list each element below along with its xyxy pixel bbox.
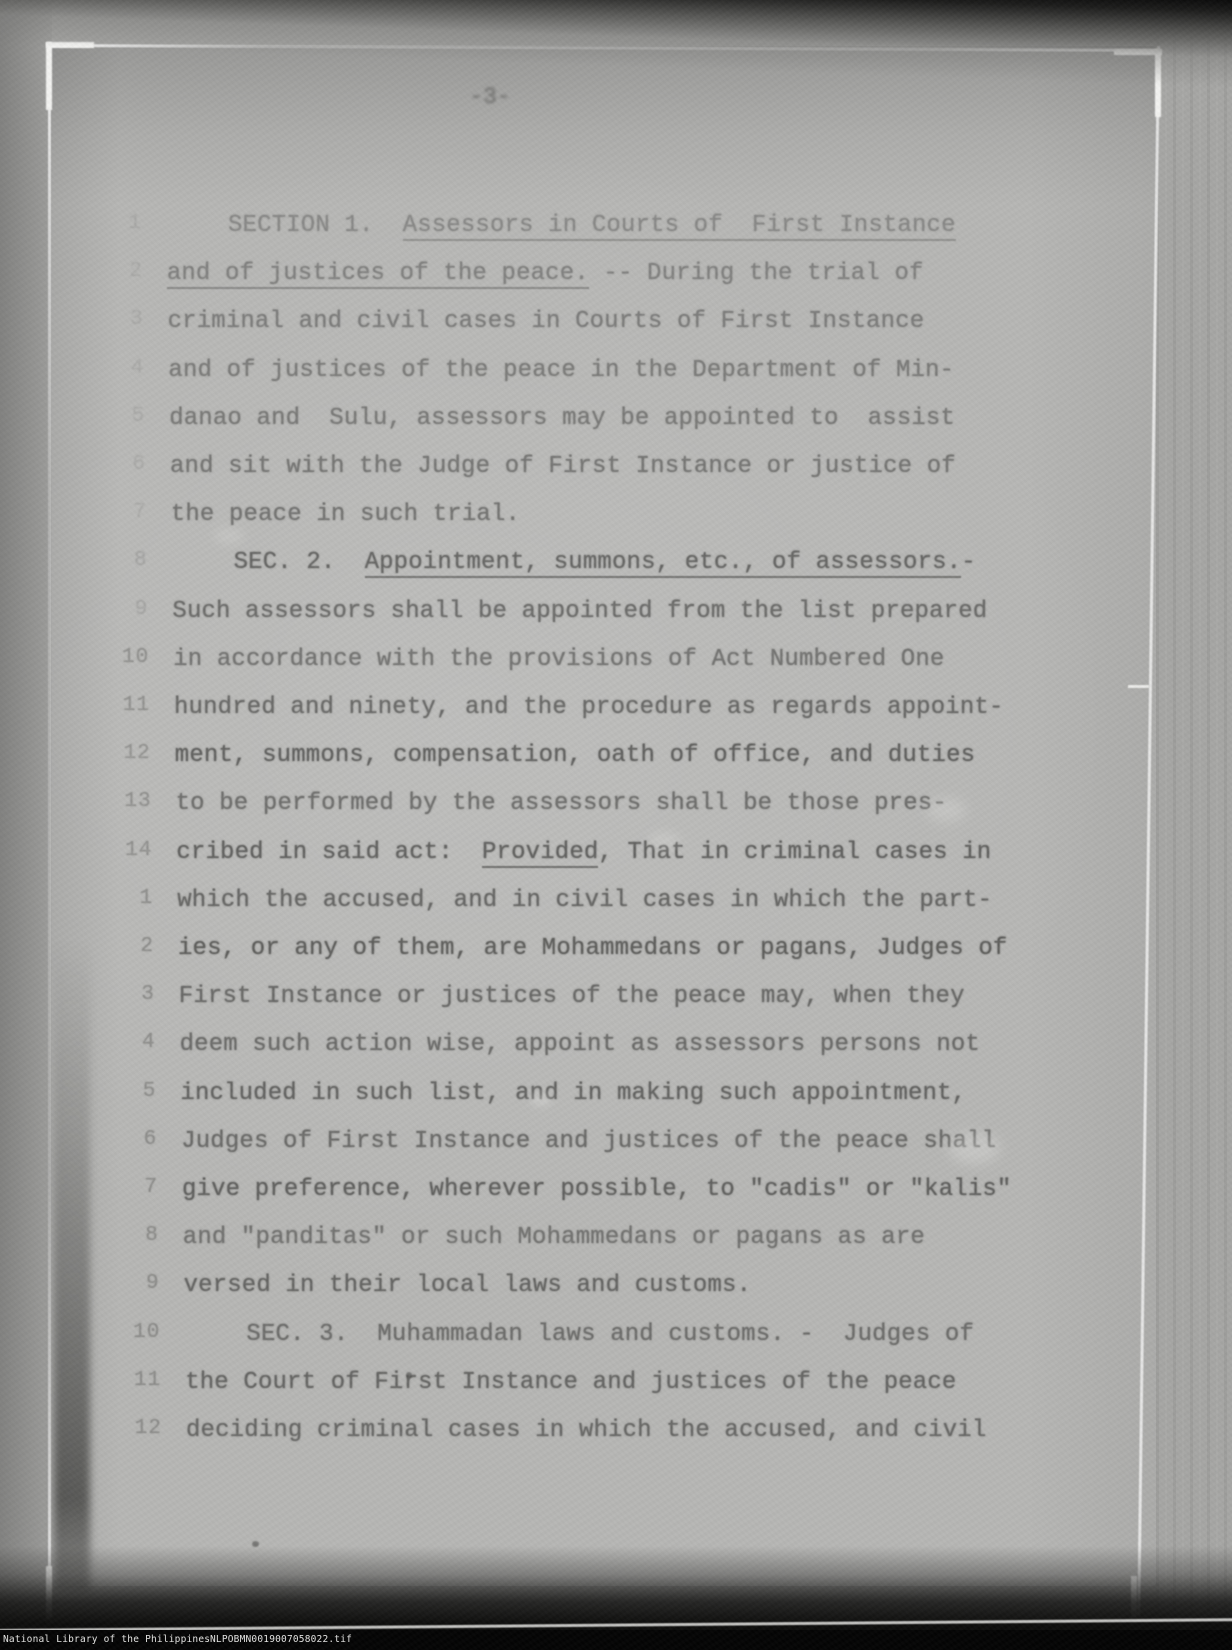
text-segment: cribed in said act: [176,839,482,866]
text-segment: hundred and ninety, and the procedure as… [174,694,1003,721]
text-segment: - [961,549,976,576]
line-number: 2 [101,260,143,283]
text-line: 13to be performed by the assessors shall… [6,790,1232,826]
line-number: 8 [117,1224,159,1247]
text-line: 7the peace in such trial. [1,501,1232,537]
text-segment: ies, or any of them, are Mohammedans or … [178,935,1007,962]
line-text: ment, summons, compensation, oath of off… [175,742,975,769]
footer-filename-label: NLPOBMN0019007058022.tif [210,1630,352,1650]
text-line: 6and sit with the Judge of First Instanc… [0,453,1232,489]
line-number: 4 [102,357,144,380]
line-text: Such assessors shall be appointed from t… [172,598,987,625]
line-number: 8 [106,549,148,572]
light-blotch [948,1132,1000,1164]
line-text: cribed in said act: Provided, That in cr… [176,839,991,868]
text-line: 8and "panditas" or such Mohammedans or p… [13,1224,1232,1260]
line-text: ies, or any of them, are Mohammedans or … [178,935,1007,962]
line-text: and sit with the Judge of First Instance… [170,453,956,480]
line-text: deem such action wise, appoint as assess… [180,1031,980,1058]
line-number: 7 [116,1176,158,1199]
light-blotch [214,528,244,544]
text-segment: ment, summons, compensation, oath of off… [175,742,975,769]
line-text: to be performed by the assessors shall b… [176,790,947,817]
footer-caption-bar: National Library of the Philippines NLPO… [0,1630,1232,1650]
text-segment: included in such list, and in making suc… [180,1080,966,1107]
line-text: criminal and civil cases in Courts of Fi… [168,308,925,335]
line-number: 10 [107,646,149,669]
underlined-text-segment: Provided [482,839,598,868]
line-number: 6 [115,1128,157,1151]
text-line: 8SEC. 2. Appointment, summons, etc., of … [2,549,1232,585]
light-blotch [926,798,966,822]
line-number: 10 [118,1321,160,1344]
line-number: 3 [102,308,144,331]
line-number: 12 [120,1417,162,1440]
text-line: 11hundred and ninety, and the procedure … [4,694,1232,730]
line-number: 7 [105,501,147,524]
line-number: 4 [114,1031,156,1054]
text-line: 4deem such action wise, appoint as asses… [10,1031,1232,1067]
text-segment: to be performed by the assessors shall b… [176,790,947,817]
text-line: 2and of justices of the peace. -- During… [0,260,1229,296]
line-number: 1 [111,887,153,910]
typewritten-text-block: 1SECTION 1. Assessors in Courts of First… [0,212,1232,1512]
light-blotch [530,1092,552,1106]
text-line: 12deciding criminal cases in which the a… [16,1417,1232,1453]
text-line: 6Judges of First Instance and justices o… [11,1128,1232,1164]
line-text: SEC. 2. Appointment, summons, etc., of a… [234,549,976,578]
line-number: 6 [104,453,146,476]
line-text: included in such list, and in making suc… [180,1080,966,1107]
line-number: 11 [119,1369,161,1392]
text-segment: and sit with the Judge of First Instance… [170,453,956,480]
text-segment: give preference, wherever possible, to "… [182,1176,1011,1203]
text-segment: and of justices of the peace in the Depa… [168,357,954,384]
text-line: 9Such assessors shall be appointed from … [2,598,1232,634]
text-line: 10SEC. 3. Muhammadan laws and customs. -… [14,1321,1232,1357]
text-segment: the peace in such trial. [171,501,520,528]
text-segment: which the accused, and in civil cases in… [177,887,992,914]
line-text: and of justices of the peace. -- During … [167,260,924,289]
line-text: the Court of First Instance and justices… [185,1369,956,1396]
text-segment: deem such action wise, appoint as assess… [180,1031,980,1058]
line-text: SEC. 3. Muhammadan laws and customs. - J… [246,1321,974,1348]
text-segment: Such assessors shall be appointed from t… [172,598,987,625]
line-number: 5 [103,405,145,428]
text-line: 3criminal and civil cases in Courts of F… [0,308,1230,344]
line-number: 2 [112,935,154,958]
underlined-text-segment: Appointment, summons, etc., of assessors… [365,549,962,578]
line-text: First Instance or justices of the peace … [179,983,965,1010]
line-text: deciding criminal cases in which the acc… [186,1417,986,1444]
line-number: 5 [114,1080,156,1103]
line-text: in accordance with the provisions of Act… [173,646,944,673]
line-text: hundred and ninety, and the procedure as… [174,694,1003,721]
text-line: 14cribed in said act: Provided, That in … [6,839,1232,875]
text-segment: and "panditas" or such Mohammedans or pa… [183,1224,925,1251]
line-number: 9 [106,598,148,621]
line-text: give preference, wherever possible, to "… [182,1176,1011,1203]
line-text: versed in their local laws and customs. [184,1272,752,1299]
text-segment: -- During the trial of [589,260,924,287]
text-line: 11the Court of First Instance and justic… [15,1369,1232,1405]
line-number: 11 [108,694,150,717]
text-segment: criminal and civil cases in Courts of Fi… [168,308,925,335]
text-segment: First Instance or justices of the peace … [179,983,965,1010]
text-line: 10in accordance with the provisions of A… [3,646,1232,682]
text-line: 7give preference, wherever possible, to … [12,1176,1232,1212]
microfilm-scan: -3- 1SECTION 1. Assessors in Courts of F… [0,0,1232,1650]
line-text: Judges of First Instance and justices of… [181,1128,996,1155]
text-line: 3First Instance or justices of the peace… [9,983,1232,1019]
line-number: 13 [110,790,152,813]
film-top-band [0,0,1232,100]
line-text: and "panditas" or such Mohammedans or pa… [183,1224,925,1251]
line-number: 1 [100,212,142,235]
text-segment: in accordance with the provisions of Act… [173,646,944,673]
line-text: and of justices of the peace in the Depa… [168,357,954,384]
line-number: 3 [113,983,155,1006]
line-number: 14 [110,839,152,862]
footer-library-label: National Library of the Philippines [3,1630,210,1650]
underlined-text-segment: Assessors in Courts of First Instance [403,212,956,241]
text-segment: deciding criminal cases in which the acc… [186,1417,986,1444]
text-segment: the Court of First Instance and justices… [185,1369,956,1396]
light-blotch [648,832,680,850]
text-segment: SEC. 3. Muhammadan laws and customs. - J… [246,1321,974,1348]
text-segment: SEC. 2. [234,549,365,576]
text-line: 2ies, or any of them, are Mohammedans or… [8,935,1232,971]
line-text: which the accused, and in civil cases in… [177,887,992,914]
text-line: 1which the accused, and in civil cases i… [7,887,1232,923]
text-line: 4and of justices of the peace in the Dep… [0,357,1230,393]
line-number: 9 [118,1272,160,1295]
text-segment: Judges of First Instance and justices of… [181,1128,996,1155]
underlined-text-segment: and of justices of the peace. [167,260,589,289]
text-segment: versed in their local laws and customs. [184,1272,752,1299]
text-line: 1SECTION 1. Assessors in Courts of First… [0,212,1228,248]
line-text: the peace in such trial. [171,501,520,528]
text-line: 5included in such list, and in making su… [10,1080,1232,1116]
text-line: 5danao and Sulu, assessors may be appoin… [0,405,1231,441]
text-segment: danao and Sulu, assessors may be appoint… [169,405,955,432]
text-line: 12ment, summons, compensation, oath of o… [5,742,1232,778]
text-line: 9versed in their local laws and customs. [14,1272,1232,1308]
line-number: 12 [109,742,151,765]
line-text: SECTION 1. Assessors in Courts of First … [228,212,956,241]
line-text: danao and Sulu, assessors may be appoint… [169,405,955,432]
text-segment: SECTION 1. [228,212,403,239]
dust-speck [406,1372,412,1378]
